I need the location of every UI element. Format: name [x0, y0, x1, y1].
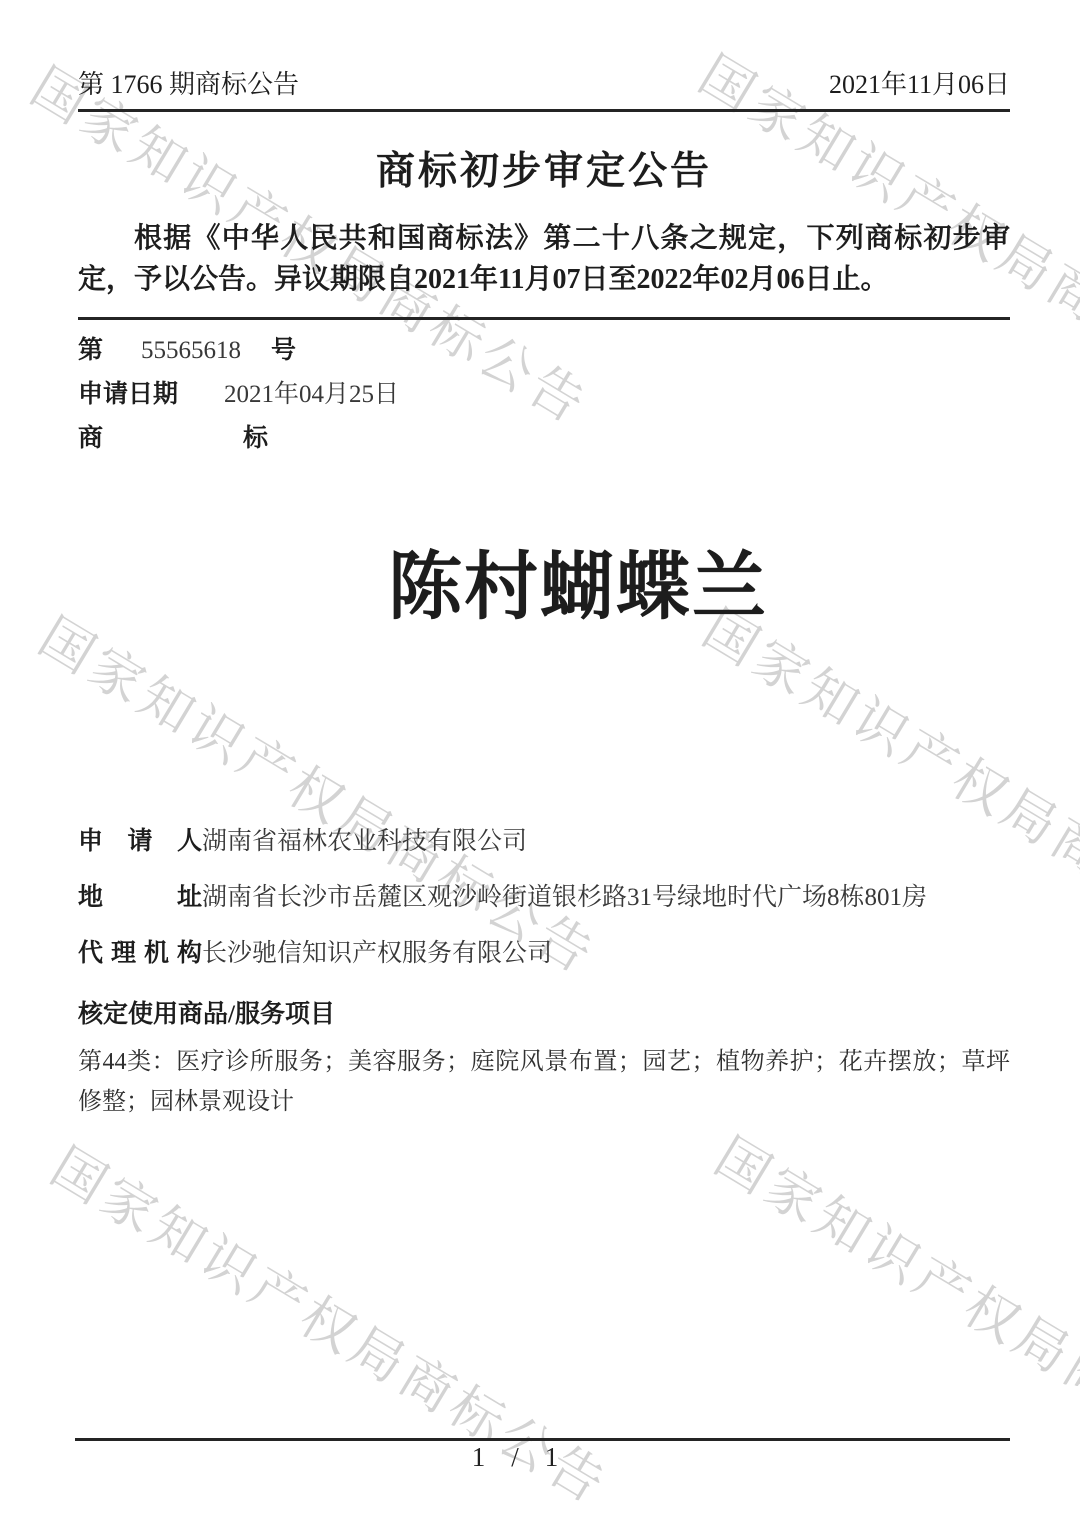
- registration-number: 55565618: [141, 332, 241, 370]
- agent-value: 长沙驰信知识产权服务有限公司: [202, 938, 552, 970]
- page-title: 商标初步审定公告: [78, 140, 1010, 196]
- application-date-value: 2021年04月25日: [224, 376, 399, 414]
- trademark-label-row: 商标: [78, 420, 1010, 458]
- applicant-value: 湖南省福林农业科技有限公司: [202, 826, 527, 858]
- goods-services-list: 第44类：医疗诊所服务；美容服务；庭院风景布置；园艺；植物养护；花卉摆放；草坪修…: [78, 1042, 1010, 1122]
- number-suffix-label: 号: [271, 332, 296, 370]
- applicant-row: 申请人 湖南省福林农业科技有限公司: [78, 826, 1010, 858]
- applicant-label: 申请人: [78, 826, 202, 858]
- document-page: 国家知识产权局商标公告 国家知识产权局商标公告 国家知识产权局商标公告 国家知识…: [0, 0, 1080, 1528]
- trademark-name: 陈村蝴蝶兰: [78, 528, 1010, 634]
- document-content: 第 1766 期商标公告 2021年11月06日 商标初步审定公告 根据《中华人…: [0, 0, 1080, 1122]
- number-prefix-label: 第: [78, 332, 103, 370]
- address-label: 地址: [78, 882, 202, 914]
- intro-paragraph: 根据《中华人民共和国商标法》第二十八条之规定，下列商标初步审定，予以公告。异议期…: [78, 218, 1010, 301]
- trademark-record: 第 55565618 号 申请日期 2021年04月25日 商标: [78, 332, 1010, 458]
- page-number: 1/1: [75, 1442, 955, 1473]
- registration-number-row: 第 55565618 号: [78, 332, 1010, 370]
- goods-services-heading: 核定使用商品/服务项目: [78, 994, 1010, 1030]
- address-value: 湖南省长沙市岳麓区观沙岭街道银杉路31号绿地时代广场8栋801房: [202, 882, 927, 914]
- page-current: 1: [472, 1442, 486, 1472]
- gazette-issue-label: 第 1766 期商标公告: [78, 64, 299, 101]
- page-total: 1: [545, 1442, 559, 1472]
- application-date-row: 申请日期 2021年04月25日: [78, 376, 1010, 414]
- gazette-date-label: 2021年11月06日: [829, 64, 1010, 101]
- address-row: 地址 湖南省长沙市岳麓区观沙岭街道银杉路31号绿地时代广场8栋801房: [78, 882, 1010, 914]
- agent-row: 代理机构 长沙驰信知识产权服务有限公司: [78, 938, 1010, 970]
- agent-label: 代理机构: [78, 938, 202, 970]
- trademark-label: 商标: [78, 420, 268, 458]
- header-divider: [78, 109, 1010, 112]
- document-header: 第 1766 期商标公告 2021年11月06日: [78, 0, 1010, 101]
- applicant-details: 申请人 湖南省福林农业科技有限公司 地址 湖南省长沙市岳麓区观沙岭街道银杉路31…: [78, 826, 1010, 1122]
- footer-divider: [75, 1438, 1010, 1441]
- application-date-label: 申请日期: [78, 376, 178, 414]
- record-divider: [78, 317, 1010, 320]
- page-separator: /: [511, 1442, 519, 1472]
